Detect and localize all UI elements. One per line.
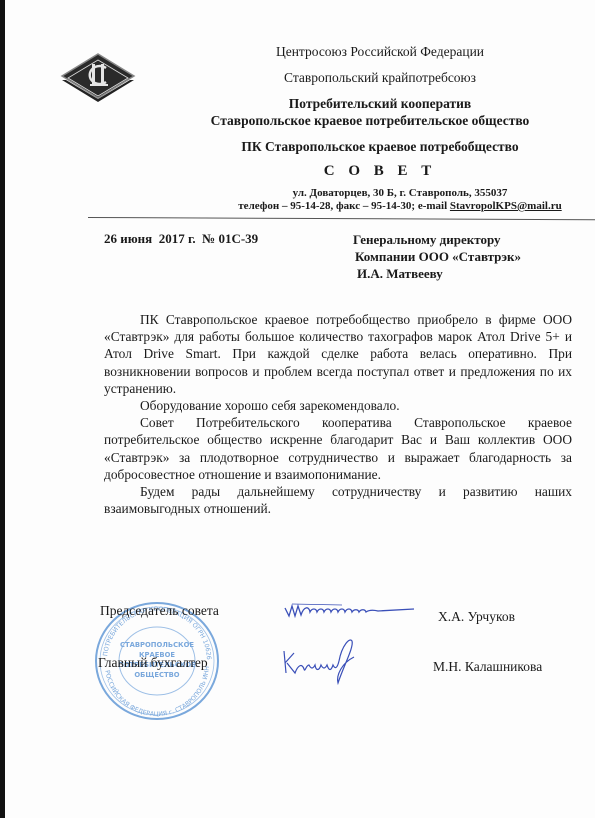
- signatory-name-chairman: Х.А. Урчуков: [438, 609, 515, 625]
- addressee-title: Генеральному директору: [353, 231, 521, 248]
- addressee-company: Компании ООО «Ставтрэк»: [353, 248, 521, 265]
- body-paragraph: Совет Потребительского кооператива Ставр…: [104, 414, 572, 483]
- org-line-centrosoyuz: Центросоюз Российской Федерации: [170, 44, 590, 60]
- signatory-name-chief-accountant: М.Н. Калашникова: [433, 659, 542, 675]
- body-paragraph: Будем рады дальнейшему сотрудничеству и …: [104, 483, 572, 517]
- addressee-block: Генеральному директору Компании ООО «Ста…: [353, 231, 521, 282]
- header-divider: [88, 217, 595, 220]
- centrosoyuz-logo-icon: [58, 50, 138, 102]
- email-link[interactable]: StavropolKPS@mail.ru: [450, 200, 562, 212]
- svg-text:ОБЩЕСТВО: ОБЩЕСТВО: [134, 671, 179, 679]
- address-line: ул. Доваторцев, 30 Б, г. Ставрополь, 355…: [190, 187, 595, 199]
- svg-text:СТАВРОПОЛЬСКОЕ: СТАВРОПОЛЬСКОЕ: [120, 641, 194, 649]
- org-line-sovet: С О В Е Т: [170, 163, 590, 180]
- addressee-name: И.А. Матвееву: [353, 265, 521, 282]
- date-and-number: 26 июня 2017 г. № 01С-39: [104, 231, 258, 247]
- signature-chief-accountant: [280, 635, 360, 687]
- org-line-short-name: ПК Ставропольское краевое потребобщество: [170, 139, 590, 155]
- contacts-line: телефон – 95-14-28, факс – 95-14-30; e-m…: [190, 200, 595, 212]
- signatory-role-chief-accountant: Главный бухгалтер: [98, 655, 208, 671]
- body-paragraph: ПК Ставропольское краевое потребобщество…: [104, 311, 572, 397]
- scan-edge: [0, 0, 5, 818]
- org-line-society: Ставропольское краевое потребительское о…: [160, 113, 580, 129]
- org-line-kraipotrebsoyuz: Ставропольский крайпотребсоюз: [170, 70, 590, 86]
- signature-chairman: [282, 600, 417, 622]
- contacts-phone-fax: телефон – 95-14-28, факс – 95-14-30; e-m…: [238, 200, 450, 212]
- letter-body: ПК Ставропольское краевое потребобщество…: [104, 311, 572, 517]
- org-line-cooperative: Потребительский кооператив: [170, 96, 590, 112]
- body-paragraph: Оборудование хорошо себя зарекомендовало…: [104, 397, 572, 414]
- signatory-role-chairman: Председатель совета: [100, 603, 219, 619]
